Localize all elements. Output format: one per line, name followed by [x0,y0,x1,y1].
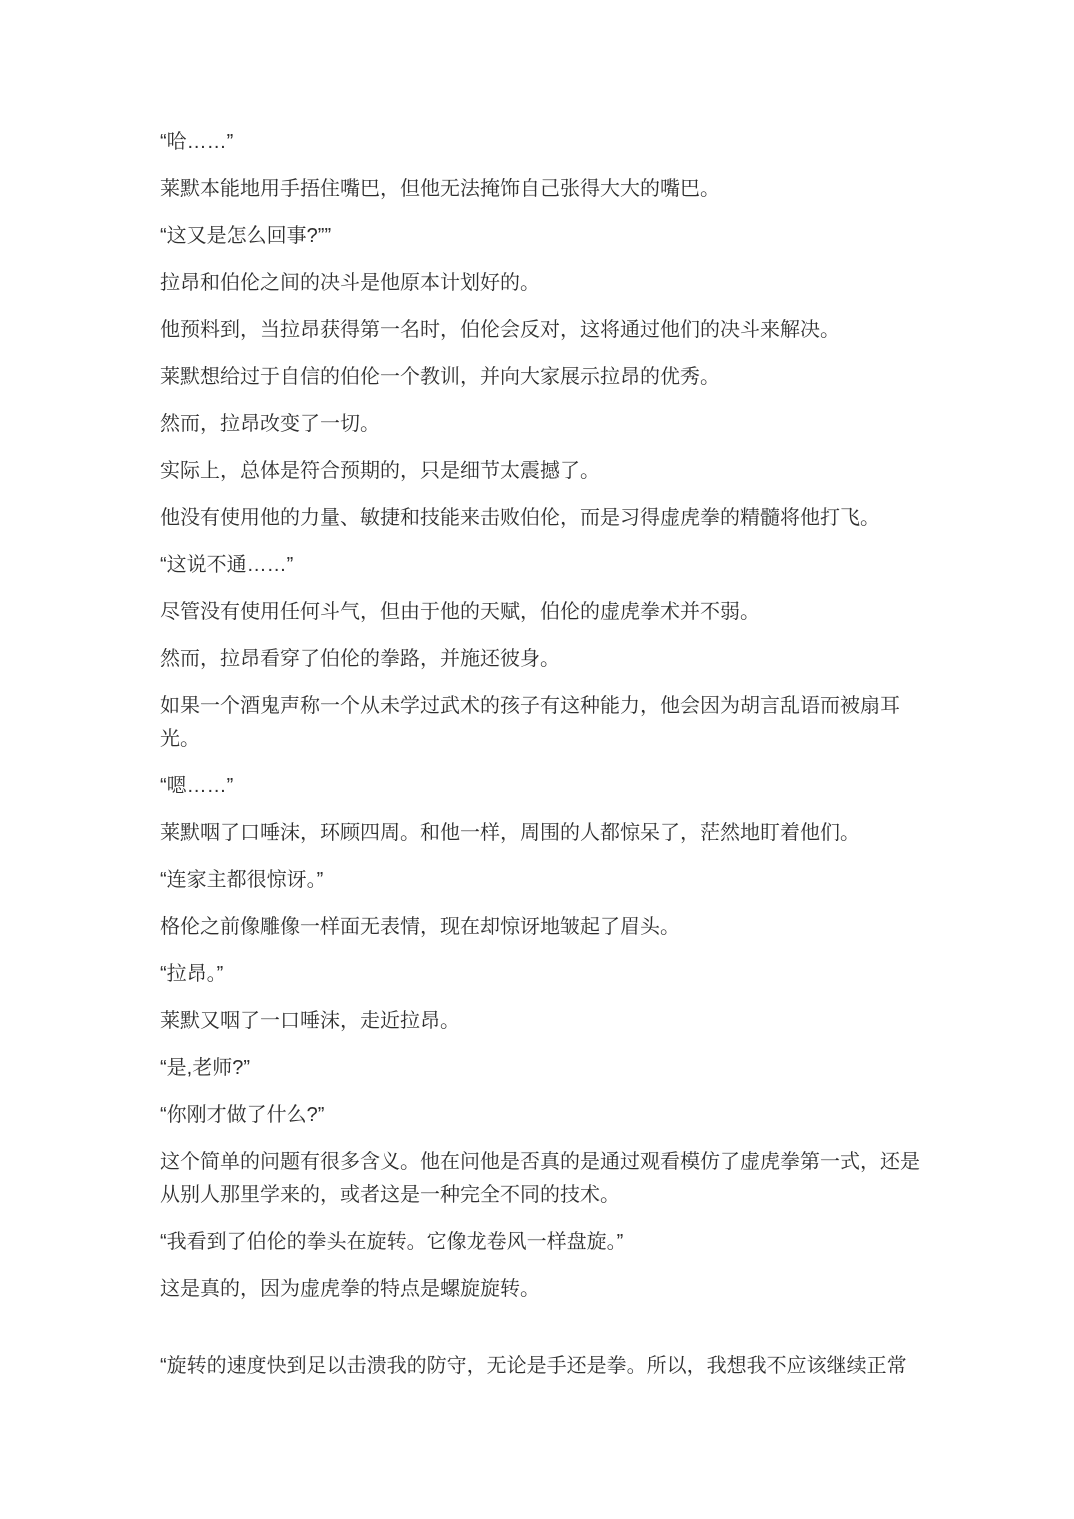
paragraph: 这是真的，因为虚虎拳的特点是螺旋旋转。 [160,1273,926,1306]
paragraph: 实际上，总体是符合预期的，只是细节太震撼了。 [160,455,926,488]
paragraph: “连家主都很惊讶。” [160,864,926,897]
paragraph: 拉昂和伯伦之间的决斗是他原本计划好的。 [160,267,926,300]
paragraph: 他预料到，当拉昂获得第一名时，伯伦会反对，这将通过他们的决斗来解决。 [160,314,926,347]
paragraph: “这又是怎么回事?”” [160,220,926,253]
paragraph: “旋转的速度快到足以击溃我的防守，无论是手还是拳。所以，我想我不应该继续正常 [160,1350,926,1383]
paragraph: “你刚才做了什么?” [160,1099,926,1132]
paragraph: 他没有使用他的力量、敏捷和技能来击败伯伦，而是习得虚虎拳的精髓将他打飞。 [160,502,926,535]
paragraph: 尽管没有使用任何斗气，但由于他的天赋，伯伦的虚虎拳术并不弱。 [160,596,926,629]
paragraph: “嗯……” [160,770,926,803]
paragraph: 然而，拉昂改变了一切。 [160,408,926,441]
paragraph: 格伦之前像雕像一样面无表情，现在却惊讶地皱起了眉头。 [160,911,926,944]
paragraph: “这说不通……” [160,549,926,582]
novel-text-body: “哈……” 莱默本能地用手捂住嘴巴，但他无法掩饰自己张得大大的嘴巴。 “这又是怎… [160,126,926,1397]
paragraph: 莱默本能地用手捂住嘴巴，但他无法掩饰自己张得大大的嘴巴。 [160,173,926,206]
paragraph: 莱默又咽了一口唾沫，走近拉昂。 [160,1005,926,1038]
paragraph: 莱默想给过于自信的伯伦一个教训，并向大家展示拉昂的优秀。 [160,361,926,394]
paragraph: “哈……” [160,126,926,159]
paragraph: 如果一个酒鬼声称一个从未学过武术的孩子有这种能力，他会因为胡言乱语而被扇耳光。 [160,690,926,756]
paragraph: 莱默咽了口唾沫，环顾四周。和他一样，周围的人都惊呆了，茫然地盯着他们。 [160,817,926,850]
paragraph: “我看到了伯伦的拳头在旋转。它像龙卷风一样盘旋。” [160,1226,926,1259]
document-page: “哈……” 莱默本能地用手捂住嘴巴，但他无法掩饰自己张得大大的嘴巴。 “这又是怎… [0,0,1074,1519]
paragraph: “是,老师?” [160,1052,926,1085]
paragraph: 然而，拉昂看穿了伯伦的拳路，并施还彼身。 [160,643,926,676]
paragraph: “拉昂。” [160,958,926,991]
paragraph: 这个简单的问题有很多含义。他在问他是否真的是通过观看模仿了虚虎拳第一式，还是从别… [160,1146,926,1212]
